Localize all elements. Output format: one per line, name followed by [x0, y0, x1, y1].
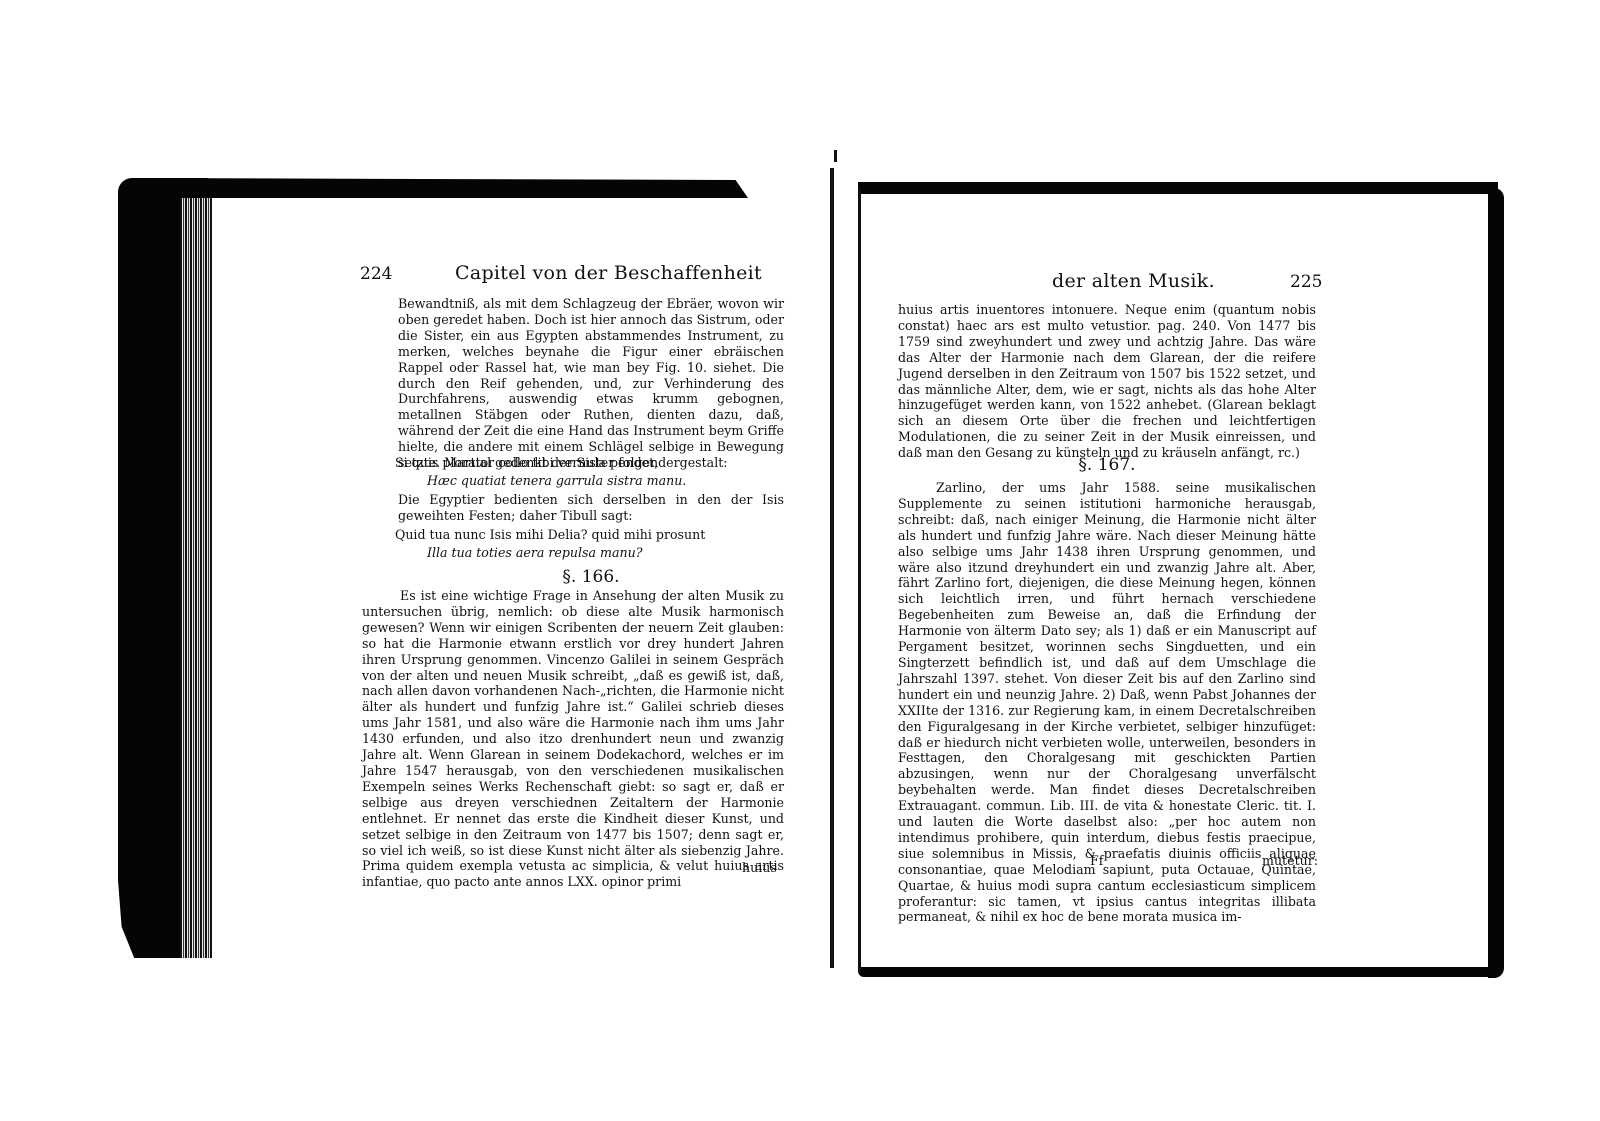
section-heading-166: §. 166.: [398, 567, 784, 587]
left-page-edges: [180, 198, 212, 958]
verse-line: Quid tua nunc Isis mihi Delia? quid mihi…: [395, 526, 785, 544]
section-heading-167: §. 167.: [898, 455, 1316, 475]
right-book-cover: [1488, 188, 1504, 978]
left-running-head: Capitel von der Beschaffenheit: [455, 262, 762, 284]
right-page-number: 225: [1290, 272, 1322, 292]
paragraph-text: Bewandtniß, als mit dem Schlagzeug der E…: [398, 296, 784, 471]
martial-verse: Si quis plorator collo tibi vernula pend…: [395, 454, 785, 490]
right-paragraph-1: huius artis inuentores intonuere. Neque …: [898, 302, 1316, 461]
right-paragraph-2: Zarlino, der ums Jahr 1588. seine musika…: [898, 480, 1316, 925]
left-paragraph-1: Bewandtniß, als mit dem Schlagzeug der E…: [398, 296, 784, 471]
tibull-verse: Quid tua nunc Isis mihi Delia? quid mihi…: [395, 526, 785, 562]
left-catchword: huius: [742, 860, 777, 876]
verse-line: Si quis plorator collo tibi vernula pend…: [395, 454, 785, 472]
paragraph-text: Die Egyptier bedienten sich derselben in…: [398, 492, 784, 524]
paragraph-text: huius artis inuentores intonuere. Neque …: [898, 302, 1316, 461]
verse-line: Hæc quatiat tenera garrula sistra manu.: [395, 472, 785, 490]
spine-mark: [834, 150, 837, 162]
paragraph-text: Zarlino, der ums Jahr 1588. seine musika…: [898, 480, 1316, 925]
left-paragraph-3: Es ist eine wichtige Frage in Ansehung d…: [362, 588, 784, 890]
verse-line: Illa tua toties aera repulsa manu?: [395, 544, 785, 562]
left-paragraph-2: Die Egyptier bedienten sich derselben in…: [398, 492, 784, 524]
paragraph-text: Es ist eine wichtige Frage in Ansehung d…: [362, 588, 784, 890]
left-page-number: 224: [360, 264, 392, 284]
signature-mark: Ff: [1090, 853, 1103, 869]
left-book-top-edge: [128, 178, 748, 198]
book-spine-gutter: [830, 168, 834, 968]
right-catchword: mutetur:: [1262, 853, 1318, 869]
right-running-head: der alten Musik.: [1052, 270, 1215, 292]
